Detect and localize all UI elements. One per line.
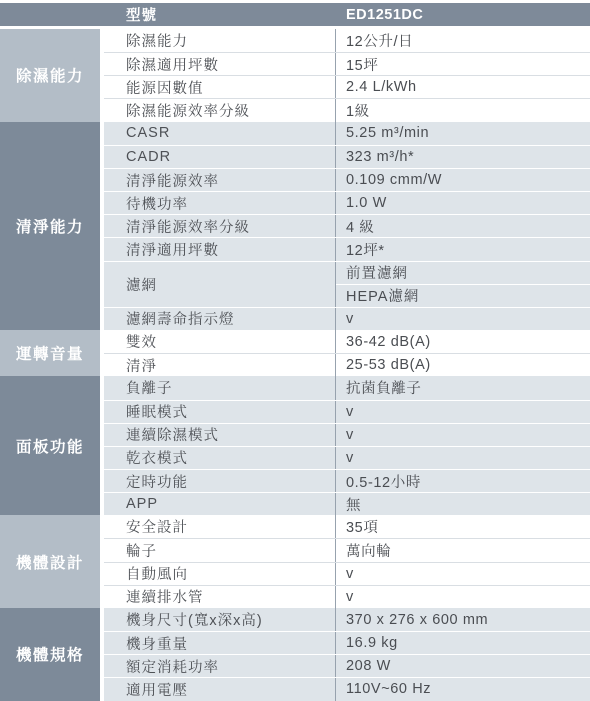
spec-value: 25-53 dB(A)	[335, 354, 590, 376]
spec-row: 安全設計 35項	[104, 515, 590, 538]
category-label: 機體規格	[0, 608, 100, 701]
spec-label: 濾網壽命指示燈	[104, 308, 335, 330]
spec-value: v	[335, 447, 590, 469]
spec-label: 除濕能力	[104, 29, 335, 52]
spec-row: 機身重量 16.9 kg	[104, 631, 590, 654]
section-body-specs: 機體規格 機身尺寸(寬x深x高) 370 x 276 x 600 mm 機身重量…	[0, 608, 590, 701]
spec-row: 連續除濕模式 v	[104, 423, 590, 446]
spec-value: v	[335, 308, 590, 330]
model-number: ED1251DC	[335, 7, 423, 23]
spec-value: v	[335, 586, 590, 608]
spec-row: 清淨能源效率分級 4 級	[104, 214, 590, 237]
spec-label: 清淨適用坪數	[104, 238, 335, 260]
spec-row: CADR 323 m³/h*	[104, 145, 590, 168]
spec-label: 除濕適用坪數	[104, 53, 335, 75]
spec-row: 乾衣模式 v	[104, 446, 590, 469]
spec-row: 能源因數值 2.4 L/kWh	[104, 75, 590, 98]
spec-row: 機身尺寸(寬x深x高) 370 x 276 x 600 mm	[104, 608, 590, 631]
spec-label: 定時功能	[104, 470, 335, 492]
spec-row: APP 無	[104, 492, 590, 515]
spec-value: 36-42 dB(A)	[335, 330, 590, 353]
spec-label: 清淨	[104, 354, 335, 376]
spec-label: 除濕能源效率分級	[104, 99, 335, 121]
section-rows: 安全設計 35項 輪子 萬向輪 自動風向 v 連續排水管 v	[104, 515, 590, 608]
category-label: 機體設計	[0, 515, 100, 608]
spec-row: 定時功能 0.5-12小時	[104, 469, 590, 492]
spec-row: 連續排水管 v	[104, 585, 590, 608]
spec-value: v	[335, 563, 590, 585]
spec-label: CASR	[104, 122, 335, 145]
spec-value: 110V~60 Hz	[335, 678, 590, 700]
spec-label: 連續排水管	[104, 586, 335, 608]
spec-value: 0.109 cmm/W	[335, 169, 590, 191]
spec-row: 除濕能源效率分級 1級	[104, 98, 590, 121]
spec-value: HEPA濾網	[336, 284, 590, 307]
spec-label: 清淨能源效率分級	[104, 215, 335, 237]
spec-value: 16.9 kg	[335, 632, 590, 654]
spec-row: 負離子 抗菌負離子	[104, 376, 590, 399]
spec-value: 無	[335, 493, 590, 515]
spec-value-group: 前置濾網 HEPA濾網	[335, 262, 590, 307]
spec-row: 除濕適用坪數 15坪	[104, 52, 590, 75]
section-dehumidify-capacity: 除濕能力 除濕能力 12公升/日 除濕適用坪數 15坪 能源因數值 2.4 L/…	[0, 29, 590, 122]
spec-value: 1級	[335, 99, 590, 121]
section-rows: CASR 5.25 m³/min CADR 323 m³/h* 清淨能源效率 0…	[104, 122, 590, 330]
section-purify-capacity: 清淨能力 CASR 5.25 m³/min CADR 323 m³/h* 清淨能…	[0, 122, 590, 330]
spec-value: 15坪	[335, 53, 590, 75]
spec-label: 乾衣模式	[104, 447, 335, 469]
spec-value: 35項	[335, 515, 590, 538]
table-header-row: 型號 ED1251DC	[0, 3, 590, 26]
spec-label: 連續除濕模式	[104, 424, 335, 446]
spec-row: 適用電壓 110V~60 Hz	[104, 677, 590, 700]
category-label: 運轉音量	[0, 330, 100, 376]
spec-value: 抗菌負離子	[335, 376, 590, 399]
spec-value: 208 W	[335, 655, 590, 677]
spec-row: 輪子 萬向輪	[104, 538, 590, 561]
model-header-label: 型號	[0, 4, 335, 25]
spec-label: 濾網	[104, 262, 335, 307]
section-rows: 機身尺寸(寬x深x高) 370 x 276 x 600 mm 機身重量 16.9…	[104, 608, 590, 701]
section-body-design: 機體設計 安全設計 35項 輪子 萬向輪 自動風向 v 連續排水管 v	[0, 515, 590, 608]
spec-label: 清淨能源效率	[104, 169, 335, 191]
spec-label: 待機功率	[104, 192, 335, 214]
spec-label: 負離子	[104, 376, 335, 399]
spec-row: 自動風向 v	[104, 562, 590, 585]
spec-value: 萬向輪	[335, 539, 590, 561]
spec-value: 5.25 m³/min	[335, 122, 590, 145]
spec-row: 清淨適用坪數 12坪*	[104, 237, 590, 260]
spec-value: 4 級	[335, 215, 590, 237]
spec-row: 清淨 25-53 dB(A)	[104, 353, 590, 376]
spec-label: 機身重量	[104, 632, 335, 654]
spec-value: v	[335, 424, 590, 446]
spec-label: 適用電壓	[104, 678, 335, 700]
section-rows: 負離子 抗菌負離子 睡眠模式 v 連續除濕模式 v 乾衣模式 v 定時功能 0.…	[104, 376, 590, 515]
spec-label: 睡眠模式	[104, 401, 335, 423]
spec-value: 1.0 W	[335, 192, 590, 214]
category-label: 面板功能	[0, 376, 100, 515]
spec-row: 濾網壽命指示燈 v	[104, 307, 590, 330]
spec-row: 清淨能源效率 0.109 cmm/W	[104, 168, 590, 191]
section-rows: 雙效 36-42 dB(A) 清淨 25-53 dB(A)	[104, 330, 590, 376]
spec-row: 額定消耗功率 208 W	[104, 654, 590, 677]
spec-label: 額定消耗功率	[104, 655, 335, 677]
spec-label: 機身尺寸(寬x深x高)	[104, 608, 335, 631]
spec-label: 安全設計	[104, 515, 335, 538]
spec-value: 2.4 L/kWh	[335, 76, 590, 98]
spec-row: 除濕能力 12公升/日	[104, 29, 590, 52]
spec-label: APP	[104, 493, 335, 515]
section-rows: 除濕能力 12公升/日 除濕適用坪數 15坪 能源因數值 2.4 L/kWh 除…	[104, 29, 590, 122]
section-panel-functions: 面板功能 負離子 抗菌負離子 睡眠模式 v 連續除濕模式 v 乾衣模式 v 定時…	[0, 376, 590, 515]
spec-value: 0.5-12小時	[335, 470, 590, 492]
spec-label: 雙效	[104, 330, 335, 353]
spec-row: 睡眠模式 v	[104, 400, 590, 423]
spec-table: 型號 ED1251DC 除濕能力 除濕能力 12公升/日 除濕適用坪數 15坪 …	[0, 0, 590, 701]
spec-label: 能源因數值	[104, 76, 335, 98]
section-noise-level: 運轉音量 雙效 36-42 dB(A) 清淨 25-53 dB(A)	[0, 330, 590, 376]
spec-label: CADR	[104, 146, 335, 168]
spec-label: 自動風向	[104, 563, 335, 585]
spec-row: 雙效 36-42 dB(A)	[104, 330, 590, 353]
category-label: 除濕能力	[0, 29, 100, 122]
spec-value: 370 x 276 x 600 mm	[335, 608, 590, 631]
spec-value: 323 m³/h*	[335, 146, 590, 168]
spec-row-filter: 濾網 前置濾網 HEPA濾網	[104, 261, 590, 307]
spec-value: v	[335, 401, 590, 423]
spec-value: 前置濾網	[336, 262, 590, 284]
spec-row: 待機功率 1.0 W	[104, 191, 590, 214]
spec-row: CASR 5.25 m³/min	[104, 122, 590, 145]
spec-value: 12坪*	[335, 238, 590, 260]
spec-value: 12公升/日	[335, 29, 590, 52]
spec-label: 輪子	[104, 539, 335, 561]
category-label: 清淨能力	[0, 122, 100, 330]
